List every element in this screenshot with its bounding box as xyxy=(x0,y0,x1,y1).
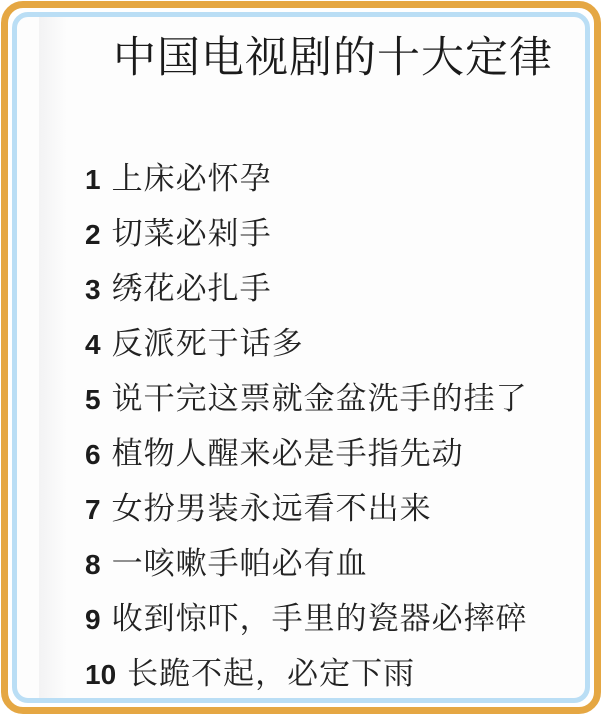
item-text: 长跪不起，必定下雨 xyxy=(127,656,415,691)
item-text: 植物人醒来必是手指先动 xyxy=(112,436,464,471)
item-number: 1 xyxy=(85,152,101,207)
item-number: 4 xyxy=(85,317,101,372)
item-text: 一咳嗽手帕必有血 xyxy=(112,546,368,581)
item-number: 8 xyxy=(85,537,101,592)
item-number: 5 xyxy=(85,372,101,427)
page-content: 中国电视剧的十大定律 1上床必怀孕 2切菜必剁手 3绣花必扎手 4反派死于话多 … xyxy=(17,17,585,698)
item-number: 3 xyxy=(85,262,101,317)
item-text: 反派死于话多 xyxy=(112,326,304,361)
laws-list: 1上床必怀孕 2切菜必剁手 3绣花必扎手 4反派死于话多 5说干完这票就金盆洗手… xyxy=(17,151,585,701)
item-number: 10 xyxy=(85,647,116,702)
item-text: 收到惊吓，手里的瓷器必摔碎 xyxy=(112,601,528,636)
list-item: 8一咳嗽手帕必有血 xyxy=(85,536,585,591)
list-item: 2切菜必剁手 xyxy=(85,206,585,261)
item-text: 上床必怀孕 xyxy=(112,161,272,196)
list-item: 3绣花必扎手 xyxy=(85,261,585,316)
item-text: 绣花必扎手 xyxy=(112,271,272,306)
list-item: 5说干完这票就金盆洗手的挂了 xyxy=(85,371,585,426)
item-number: 2 xyxy=(85,207,101,262)
meme-image: 中国电视剧的十大定律 1上床必怀孕 2切菜必剁手 3绣花必扎手 4反派死于话多 … xyxy=(0,0,604,717)
list-item: 1上床必怀孕 xyxy=(85,151,585,206)
list-item: 6植物人醒来必是手指先动 xyxy=(85,426,585,481)
item-text: 切菜必剁手 xyxy=(112,216,272,251)
list-item: 10长跪不起，必定下雨 xyxy=(85,646,585,701)
list-item: 7女扮男装永远看不出来 xyxy=(85,481,585,536)
list-item: 4反派死于话多 xyxy=(85,316,585,371)
item-text: 女扮男装永远看不出来 xyxy=(112,491,432,526)
item-number: 7 xyxy=(85,482,101,537)
item-number: 9 xyxy=(85,592,101,647)
page-title: 中国电视剧的十大定律 xyxy=(17,17,585,80)
item-text: 说干完这票就金盆洗手的挂了 xyxy=(112,381,528,416)
list-item: 9收到惊吓，手里的瓷器必摔碎 xyxy=(85,591,585,646)
item-number: 6 xyxy=(85,427,101,482)
